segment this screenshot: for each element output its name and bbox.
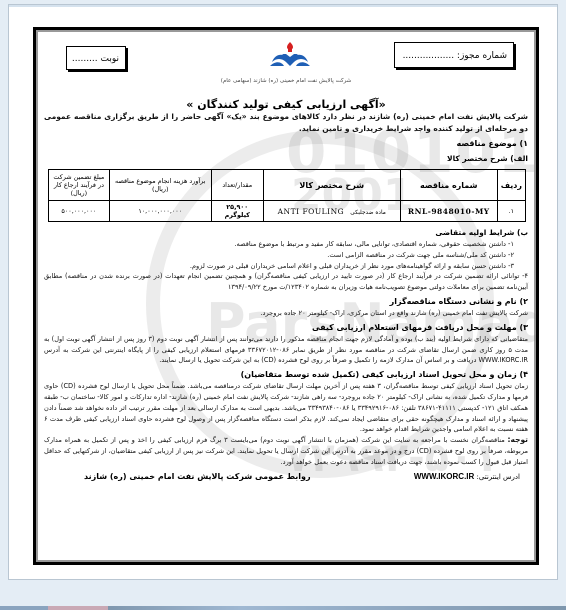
- announcement-frame: 010101 2001 ParsNamadata ۷۲۹۹۲-۵۰۱ شماره…: [33, 27, 539, 565]
- website-label: ادرس اینترنتی:: [477, 473, 520, 481]
- condition-item-3: ۳- داشتن حسن سابقه و ارائه گواهینامه‌های…: [44, 261, 528, 272]
- website-line: ادرس اینترنتی: WWW.IKORC.IR: [414, 472, 520, 481]
- permit-number-box: شماره مجوز: ..................: [394, 42, 514, 68]
- turn-box: نوبت .........: [66, 46, 126, 70]
- col-header-guarantee: مبلغ تضمین شرکت در فرآیند ارجاع کار (ریا…: [49, 170, 110, 201]
- section-3-text: متقاضیانی که دارای شرایط اولیه (بند ب) ب…: [44, 334, 528, 366]
- col-header-tender-no: شماره مناقصه: [400, 170, 497, 201]
- desc-fa: ماده ضدجلبکی: [350, 210, 386, 216]
- quantity-value: ۲۵,۹۰۰: [215, 203, 260, 211]
- section-2-text: شرکت پالایش نفت امام خمینی (ره) شازند وا…: [44, 308, 528, 319]
- table-header-row: ردیف شماره مناقصه شرح مختصر کالا مقدار/ت…: [49, 170, 526, 201]
- quantity-unit: کیلوگرم: [215, 211, 260, 219]
- taskbar-strip: [0, 606, 566, 610]
- website-link[interactable]: WWW.IKORC.IR: [414, 472, 474, 481]
- intro-paragraph: شرکت پالایش نفت امام خمینی (ره) شازند در…: [44, 111, 528, 135]
- section-b-heading: ب) شرایط اولیه متقاضی: [44, 226, 528, 239]
- cell-row-no: ۱.: [497, 201, 525, 222]
- col-header-quantity: مقدار/تعداد: [211, 170, 263, 201]
- cell-tender-no: RNL-9848010-MY: [400, 201, 497, 222]
- header: شماره مجوز: .................. نوبت ....…: [44, 36, 528, 96]
- desc-en: ANTI FOULING: [278, 207, 345, 216]
- section-3-heading: ۳) مهلت و محل دریافت فرمهای استعلام ارزی…: [44, 321, 528, 334]
- announcement-content: شماره مجوز: .................. نوبت ....…: [36, 30, 536, 562]
- table-row: ۱. RNL-9848010-MY ماده ضدجلبکی ANTI FOUL…: [49, 201, 526, 222]
- section-2-heading: ۲) نام و نشانی دستگاه مناقصه‌گزار: [44, 295, 528, 308]
- section-4-heading: ۴) زمان و محل تحویل اسناد ارزیابی کیفی (…: [44, 368, 528, 381]
- col-header-description: شرح مختصر کالا: [263, 170, 400, 201]
- footer: ادرس اینترنتی: WWW.IKORC.IR روابط عمومی …: [44, 472, 528, 488]
- col-header-row-no: ردیف: [497, 170, 525, 201]
- section-1-heading: ۱) موضوع مناقصه: [44, 137, 528, 150]
- company-subtitle: شرکت پالایش نفت امام خمینی (ره) شازند (س…: [44, 78, 528, 84]
- condition-item-2: ۲- داشتن کد ملی/شناسه ملی جهت شرکت در من…: [44, 250, 528, 261]
- cell-quantity: ۲۵,۹۰۰ کیلوگرم: [211, 201, 263, 222]
- condition-item-1: ۱- داشتن شخصیت حقوقی، شماره اقتصادی، توا…: [44, 239, 528, 250]
- note-text: مناقصه‌گران نخست با مراجعه به سایت این ش…: [44, 436, 528, 466]
- page-title: «آگهی ارزیابی کیفی تولید کنندگان »: [44, 98, 528, 111]
- items-table: ردیف شماره مناقصه شرح مختصر کالا مقدار/ت…: [48, 169, 526, 222]
- nioc-logo-icon: [268, 40, 312, 70]
- document-viewport: 010101 2001 ParsNamadata ۷۲۹۹۲-۵۰۱ شماره…: [8, 4, 558, 580]
- cell-description: ماده ضدجلبکی ANTI FOULING: [263, 201, 400, 222]
- cell-guarantee: ۵۰۰,۰۰۰,۰۰۰: [49, 201, 110, 222]
- section-4-text: زمان تحویل اسناد ارزیابی کیفی توسط مناقص…: [44, 381, 528, 435]
- note-paragraph: توجه: مناقصه‌گران نخست با مراجعه به سایت…: [44, 435, 528, 467]
- condition-item-4: ۴- توانائی ارائه تضمین شرکت در فرآیند ار…: [44, 271, 528, 293]
- signature: روابط عمومی شرکت پالایش نفت امام خمینی (…: [84, 472, 311, 481]
- note-label: توجه:: [508, 435, 528, 444]
- section-1-subheading: الف) شرح مختصر کالا: [44, 152, 528, 165]
- col-header-estimate: برآورد هزینه انجام موضوع مناقصه (ریال): [109, 170, 211, 201]
- cell-estimate: ۱۰,۰۰۰,۰۰۰,۰۰۰: [109, 201, 211, 222]
